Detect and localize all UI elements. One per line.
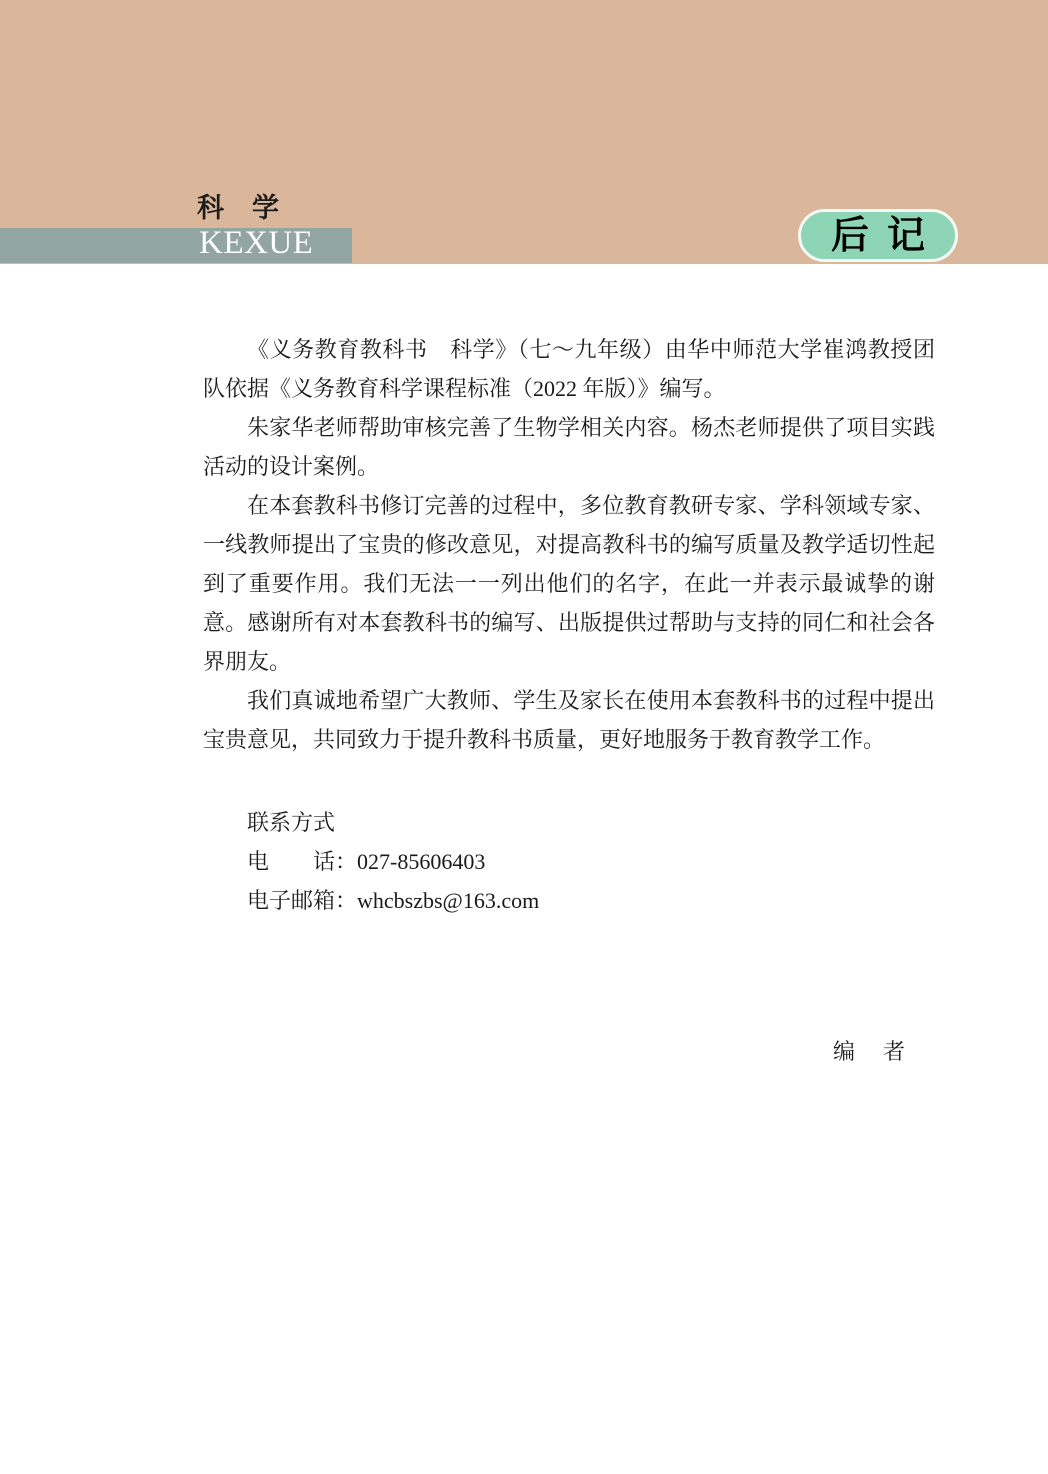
email-address: whcbszbs@163.com bbox=[357, 888, 539, 913]
phone-number: 027-85606403 bbox=[357, 849, 485, 874]
contact-heading: 联系方式 bbox=[203, 803, 935, 842]
contact-email-line: 电子邮箱：whcbszbs@163.com bbox=[203, 881, 935, 920]
textbook-afterword-page: 科学 KEXUE 后记 《义务教育教科书 科学》（七～九年级）由华中师范大学崔鸿… bbox=[0, 0, 1048, 1474]
afterword-body: 《义务教育教科书 科学》（七～九年级）由华中师范大学崔鸿教授团队依据《义务教育科… bbox=[203, 330, 935, 1071]
phone-label: 电 话： bbox=[247, 849, 357, 874]
logo-title-chinese: 科学 bbox=[197, 192, 307, 224]
page-header: 科学 KEXUE 后记 bbox=[0, 0, 1048, 264]
afterword-badge-label: 后记 bbox=[831, 217, 943, 255]
contact-block: 联系方式 电 话：027-85606403 电子邮箱：whcbszbs@163.… bbox=[203, 803, 935, 920]
email-label: 电子邮箱： bbox=[247, 888, 357, 913]
paragraph-1: 《义务教育教科书 科学》（七～九年级）由华中师范大学崔鸿教授团队依据《义务教育科… bbox=[203, 330, 935, 408]
paragraph-2: 朱家华老师帮助审核完善了生物学相关内容。杨杰老师提供了项目实践活动的设计案例。 bbox=[203, 408, 935, 486]
logo-strip: KEXUE bbox=[0, 228, 352, 263]
afterword-badge: 后记 bbox=[798, 209, 958, 262]
logo-title-pinyin: KEXUE bbox=[199, 227, 313, 260]
paragraph-4: 我们真诚地希望广大教师、学生及家长在使用本套教科书的过程中提出宝贵意见，共同致力… bbox=[203, 681, 935, 759]
editors-signoff: 编 者 bbox=[203, 1032, 935, 1071]
contact-phone-line: 电 话：027-85606403 bbox=[203, 842, 935, 881]
paragraph-3: 在本套教科书修订完善的过程中，多位教育教研专家、学科领域专家、一线教师提出了宝贵… bbox=[203, 486, 935, 681]
